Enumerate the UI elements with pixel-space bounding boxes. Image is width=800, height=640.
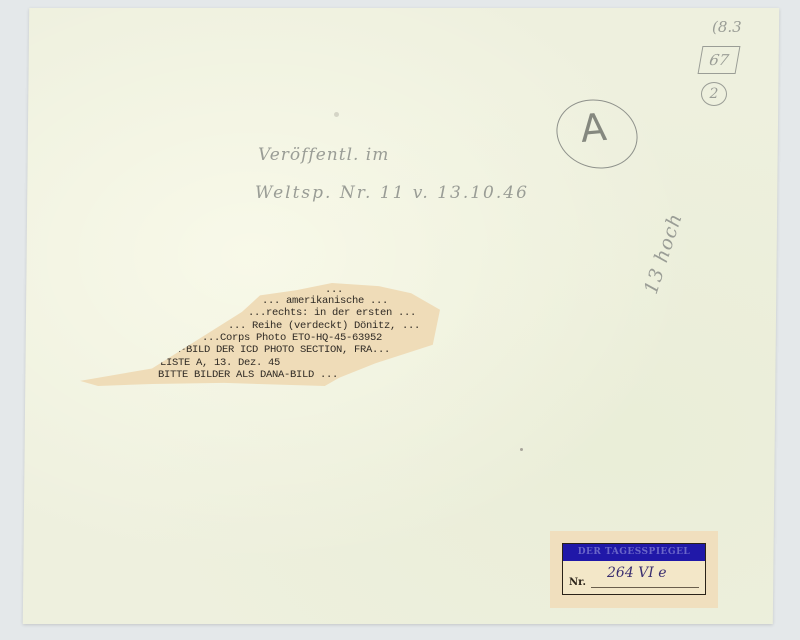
clipping-line: ... Reihe (verdeckt) Dönitz, ... (228, 321, 420, 332)
clipping-line: BITTE BILDER ALS DANA-BILD ... (158, 370, 338, 381)
stamp-number-label: Nr. (569, 577, 586, 588)
pencil-note-published: Veröffentl. im (258, 145, 389, 165)
pencil-boxed-number: 67 (698, 46, 741, 74)
stamp-frame: DER TAGESSPIEGEL 264 VI e Nr. (562, 543, 706, 595)
clipping-line: ...Corps Photo ETO-HQ-45-63952 (202, 333, 382, 344)
stamp-header: DER TAGESSPIEGEL (563, 544, 705, 561)
archive-stamp-label: DER TAGESSPIEGEL 264 VI e Nr. (550, 531, 718, 608)
pencil-note-publication-ref: Weltsp. Nr. 11 v. 13.10.46 (255, 183, 529, 203)
clipping-line: LISTE A, 13. Dez. 45 (160, 358, 280, 369)
paper-speck (334, 112, 339, 117)
clipping-line: ...A-BILD DER ICD PHOTO SECTION, FRA... (156, 345, 390, 356)
pencil-code-top: (8.3 (712, 18, 742, 36)
pencil-circled-number: 2 (701, 82, 727, 106)
circled-letter: A (579, 105, 609, 151)
paper-speck (520, 448, 523, 451)
stamp-number-line (591, 587, 699, 588)
code-value: 8.3 (718, 18, 742, 36)
stamp-number-value: 264 VI e (607, 565, 667, 581)
clipping-line: ... amerikanische ... (262, 296, 388, 307)
clipping-line: ...rechts: in der ersten ... (248, 308, 416, 319)
